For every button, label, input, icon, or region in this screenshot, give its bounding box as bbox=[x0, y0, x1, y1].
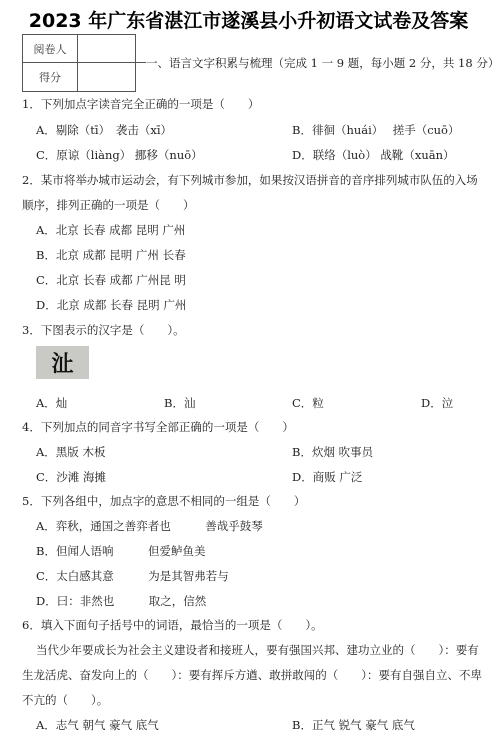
question-3-option-c: C．粒 bbox=[292, 395, 324, 411]
question-1-option-d: D．联络（luò） 战靴（xuān） bbox=[292, 147, 455, 163]
score-label: 得分 bbox=[23, 63, 78, 91]
question-2-option-a: A．北京 长春 成都 昆明 广州 bbox=[36, 222, 185, 238]
question-5-option-d: D．曰：非然也 取之，信然 bbox=[36, 593, 206, 609]
document-title: 2023 年广东省湛江市遂溪县小升初语文试卷及答案 bbox=[0, 6, 497, 33]
question-5-option-a: A．弈秋，通国之善弈者也 善哉乎鼓琴 bbox=[36, 518, 263, 534]
question-3-option-a: A．灿 bbox=[36, 395, 67, 411]
question-2-option-c: C．北京 长春 成都 广州昆 明 bbox=[36, 272, 186, 288]
question-3-option-d: D．泣 bbox=[421, 395, 453, 411]
question-2-stem-line-2: 顺序，排列正确的一项是（ ） bbox=[22, 197, 195, 213]
question-5-stem: 5．下列各组中，加点字的意思不相同的一组是（ ） bbox=[22, 493, 305, 509]
question-4-option-b: B．炊烟 吹事员 bbox=[292, 444, 373, 460]
section-connector-line bbox=[136, 62, 146, 63]
question-6-paragraph-line-2: 生龙活虎、奋发向上的（ ）：要有挥斥方遒、敢拼敢闯的（ ）：要有自强自立、不卑 bbox=[22, 667, 482, 683]
question-3-stem: 3．下图表示的汉字是（ ）。 bbox=[22, 322, 185, 338]
ancient-glyph-image: 沚 bbox=[36, 346, 89, 379]
question-2-option-b: B．北京 成都 昆明 广州 长春 bbox=[36, 247, 186, 263]
ancient-glyph: 沚 bbox=[51, 347, 73, 378]
question-6-option-a: A．志气 朝气 豪气 底气 bbox=[36, 717, 159, 733]
reviewer-value bbox=[78, 35, 135, 63]
question-4-option-d: D．商贩 广泛 bbox=[292, 469, 362, 485]
question-6-paragraph-line-3: 不亢的（ ）。 bbox=[22, 692, 108, 708]
question-1-option-c: C．原谅（liàng） 挪移（nuō） bbox=[36, 147, 203, 163]
question-1-stem: 1．下列加点字读音完全正确的一项是（ ） bbox=[22, 96, 259, 112]
question-4-option-c: C．沙滩 海摊 bbox=[36, 469, 106, 485]
question-6-stem: 6．填入下面句子括号中的词语，最恰当的一项是（ ）。 bbox=[22, 617, 323, 633]
question-4-option-a: A．黑版 木板 bbox=[36, 444, 105, 460]
question-1-option-b: B．徘徊（huái） 搓手（cuō） bbox=[292, 122, 459, 138]
question-2-option-d: D．北京 成都 长春 昆明 广州 bbox=[36, 297, 186, 313]
question-6-paragraph-line-1: 当代少年要成长为社会主义建设者和接班人，要有强国兴邦、建功立业的（ ）：要有 bbox=[36, 642, 479, 658]
question-6-option-b: B．正气 锐气 豪气 底气 bbox=[292, 717, 415, 733]
question-5-option-b: B．但闻人语响 但爱鲈鱼美 bbox=[36, 543, 205, 559]
score-value bbox=[78, 63, 135, 91]
question-2-stem-line-1: 2．某市将举办城市运动会，有下列城市参加，如果按汉语拼音的音序排列城市队伍的入场 bbox=[22, 172, 478, 188]
question-4-stem: 4．下列加点的同音字书写全部正确的一项是（ ） bbox=[22, 419, 294, 435]
score-table: 阅卷人 得分 bbox=[22, 34, 136, 92]
reviewer-label: 阅卷人 bbox=[23, 35, 78, 63]
question-5-option-c: C．太白感其意 为是其智弗若与 bbox=[36, 568, 229, 584]
question-3-option-b: B．汕 bbox=[164, 395, 195, 411]
section-heading: 一、语言文字积累与梳理（完成 1 一 9 题，每小题 2 分，共 18 分） bbox=[146, 55, 497, 71]
question-1-option-a: A．剔除（tī） 袭击（xī） bbox=[36, 122, 172, 138]
